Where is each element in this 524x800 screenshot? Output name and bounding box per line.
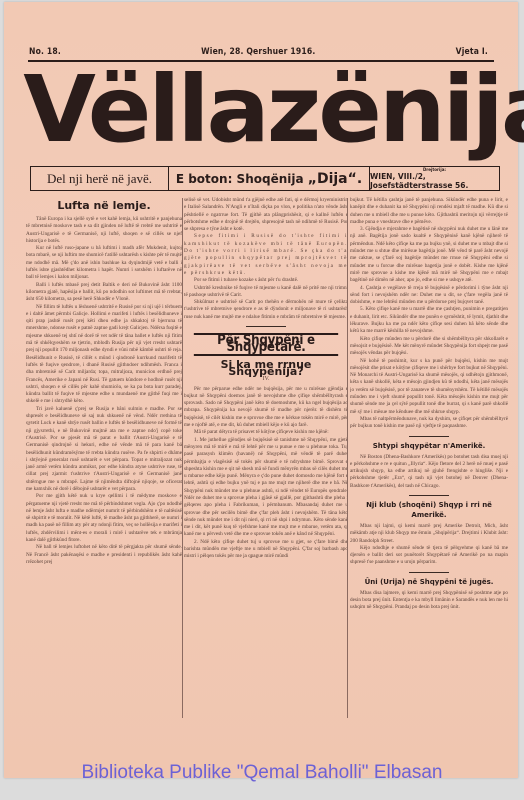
- article-title-rrnue: Si ka me rrnue Shqypënija?: [184, 361, 348, 376]
- paragraph: 5. Këto çifiqe kanë me u marrë dhe me ça…: [350, 306, 508, 335]
- paragraph: selisë së vet. Udobisht mûnd t'a gjëjnë …: [184, 197, 348, 233]
- column-divider: [347, 198, 348, 718]
- masthead-title: Vëllazënija: [23, 62, 506, 158]
- paragraph: Tri javë kaluenë ç'prej se Rusija e bâni…: [26, 406, 182, 494]
- paragraph: Në ball të lemjes luftohet në këto ditë …: [26, 544, 182, 566]
- paragraph: Kur në luftë ruso-japane u bâ luftimi i …: [26, 245, 182, 281]
- column-2: selisë së vet. Udobisht mûnd t'a gjëjnë …: [184, 197, 348, 717]
- paragraph: Mâ të parat dëtyra të prisavet të kötÿne…: [184, 429, 348, 436]
- divider: [246, 326, 286, 327]
- paragraph: bujkut. Të këtilla çashtja janë të panje…: [350, 197, 508, 226]
- office: Drejtorija: WIEN, VIII./2, Josefstädters…: [370, 167, 499, 190]
- column-1: Lufta në lemje. Tânë Europa i ka sjellë …: [26, 197, 182, 717]
- paragraph: Për me përparue edhe ndër ne bujqësija, …: [184, 386, 348, 430]
- paragraph: Mbas disa lajmere, qi kemi marrë prej Sh…: [350, 590, 508, 612]
- info-bar: Del nji herë në javë. E boton: Shoqënija…: [30, 166, 500, 191]
- article-title-uni: Ûni (Urija) në Shqypëni të jugës.: [350, 577, 508, 587]
- publisher: E boton: Shoqënija „Dija“.: [169, 167, 370, 190]
- paragraph: Këto çifiqe mûnden me u përdorë dhe si s…: [350, 336, 508, 358]
- newspaper-page: No. 18. Wien, 28. Qershuer 1916. Vjeta I…: [4, 2, 518, 778]
- library-watermark: Biblioteka Publike "Qemal Baholli" Elbas…: [0, 762, 524, 784]
- paragraph: Mbas nji lajmi, qi kemi marrë prej Ameri…: [350, 523, 508, 545]
- paragraph: Këjo ndodhje e shumë sënde të tjera të p…: [350, 545, 508, 567]
- paragraph: 4. Çashtja e vegëlave të rreja të bujqës…: [350, 285, 508, 307]
- divider: [409, 436, 449, 437]
- section-banner: Për Shqypëni e Shqypëtarë.: [194, 333, 338, 356]
- paragraph: Balli i luftës mbasë prej detit Baltik e…: [26, 282, 182, 304]
- publisher-name: „Dija“.: [308, 171, 362, 187]
- paragraph: Por me gjith këtë nuk u krye qellimi i t…: [26, 493, 182, 544]
- paragraph: Ushtritë kreshnike të fuqive të mjesme u…: [184, 285, 348, 300]
- publisher-prefix: E boton: Shoqënija: [176, 172, 304, 186]
- paragraph: Sepse fitimi i Rusisë do t'ishte fitimi …: [184, 233, 348, 277]
- column-divider: [182, 198, 183, 718]
- paragraph: Por se fitimi i tubave kozake s âsht për…: [184, 277, 348, 284]
- paragraph: Në fillim të luftës u lëshuenë ushtritë …: [26, 304, 182, 406]
- part-number: IV.: [184, 376, 348, 383]
- paragraph: Në kohë të poshimit, kur s ka punë për b…: [350, 358, 508, 416]
- paragraph: Shkûlmat e ushtrisë së Carit po thehën e…: [184, 299, 348, 321]
- column-3: bujkut. Të këtilla çashtja janë të panje…: [350, 197, 508, 717]
- paragraph: 3. Gjëndja e mjerahme e bagëtisë në shqy…: [350, 226, 508, 284]
- paragraph: Mbas të naltpërmëndunave, nuk ka dyshim,…: [350, 416, 508, 431]
- article-title-shtypi: Shtypi shqypëtar n'Amerikë.: [350, 441, 508, 451]
- frequency: Del nji herë në javë.: [31, 167, 169, 190]
- divider: [409, 572, 449, 573]
- divider: [409, 495, 449, 496]
- paragraph: Në Boston (Dhena-Bashkore t'Amerikës) po…: [350, 454, 508, 490]
- paragraph: Tânë Europa i ka sjellë sytë e vet kahë …: [26, 216, 182, 245]
- paragraph: 2. Ndë këto çifiqe duhet tuj u sprovue m…: [184, 539, 348, 561]
- office-address: WIEN, VIII./2, Josefstädterstrasse 56.: [370, 172, 499, 190]
- paragraph: 1. Me juthellue gjëndjes së bujqësisë së…: [184, 437, 348, 539]
- article-title-lufta: Lufta në lemje.: [26, 199, 182, 213]
- article-title-klubi: Nji klub (shoqëni) Shqyp i rri në Amerik…: [350, 500, 508, 520]
